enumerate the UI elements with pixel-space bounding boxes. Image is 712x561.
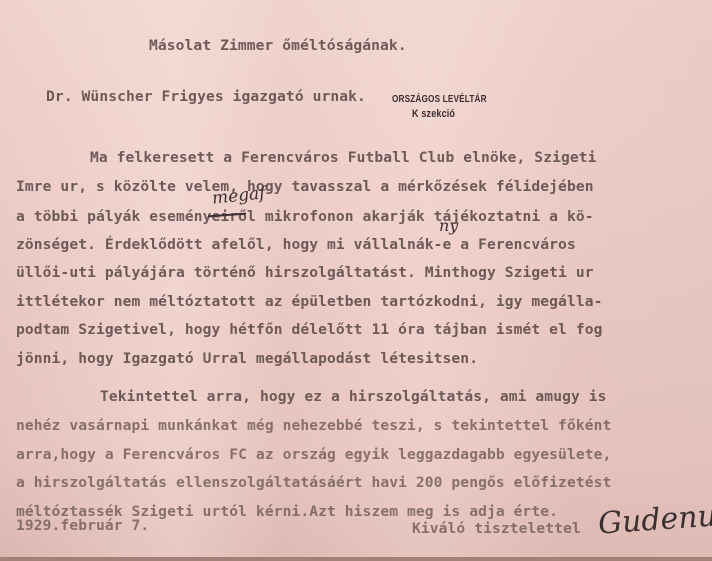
letter-heading: Másolat Zimmer őméltóságának. bbox=[149, 37, 407, 54]
body-line: Ma felkeresett a Ferencváros Futball Clu… bbox=[90, 149, 597, 166]
archive-stamp-line1: ORSZÁGOS LEVÉLTÁR bbox=[392, 94, 487, 105]
body-line: arra,hogy a Ferencváros FC az ország egy… bbox=[16, 446, 611, 463]
body-line: podtam Szigetivel, hogy hétfőn délelőtt … bbox=[16, 321, 603, 338]
body-line: ittlétekor nem méltóztatott az épületben… bbox=[16, 293, 603, 310]
letter-date: 1929.február 7. bbox=[16, 517, 149, 534]
page-bottom-edge bbox=[0, 557, 712, 561]
letter-closing: Kiváló tisztelettel bbox=[412, 520, 581, 537]
body-line: Tekintettel arra, hogy ez a hirszolgálta… bbox=[100, 388, 607, 405]
body-line: a hirszolgáltatás ellenszolgáltatásáért … bbox=[16, 474, 611, 491]
body-line: Imre ur, s közölte velem, hogy tavasszal… bbox=[16, 178, 594, 195]
body-line: a többi pályák eseményeiről mikrofonon a… bbox=[16, 208, 594, 225]
archive-stamp-line2: K szekció bbox=[412, 108, 455, 120]
handwritten-insertion: ny bbox=[439, 216, 458, 235]
body-line: jönni, hogy Igazgató Urral megállapodást… bbox=[16, 350, 478, 367]
body-line: zönséget. Érdeklődött afelől, hogy mi vá… bbox=[16, 236, 576, 253]
letter-addressee: Dr. Wünscher Frigyes igazgató urnak. bbox=[46, 88, 366, 105]
body-line: nehéz vasárnapi munkánkat még nehezebbé … bbox=[16, 417, 611, 434]
body-line: üllői-uti pályájára történő hirszolgálta… bbox=[16, 264, 594, 281]
